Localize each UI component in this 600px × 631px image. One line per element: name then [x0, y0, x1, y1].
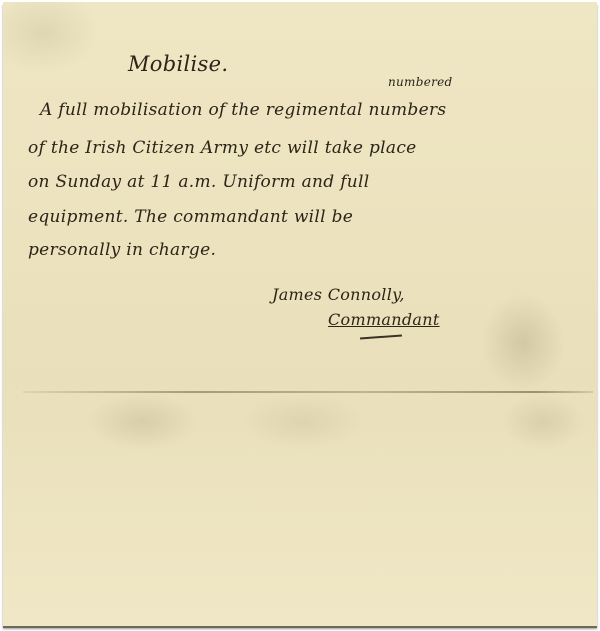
signature-name: James Connolly,	[272, 285, 405, 304]
body-line-3: on Sunday at 11 a.m. Uniform and full	[28, 172, 370, 192]
document-title: Mobilise.	[128, 52, 228, 76]
body-line-5: personally in charge.	[28, 240, 216, 260]
body-line-2: of the Irish Citizen Army etc will take …	[28, 138, 417, 158]
paper-fold-crease	[23, 391, 593, 393]
signature-role: Commandant	[328, 310, 440, 329]
letter-paper	[3, 2, 597, 626]
body-line-1: A full mobilisation of the regimental nu…	[40, 100, 446, 120]
insertion-text: numbered	[388, 75, 453, 89]
body-line-4: equipment. The commandant will be	[28, 207, 353, 227]
